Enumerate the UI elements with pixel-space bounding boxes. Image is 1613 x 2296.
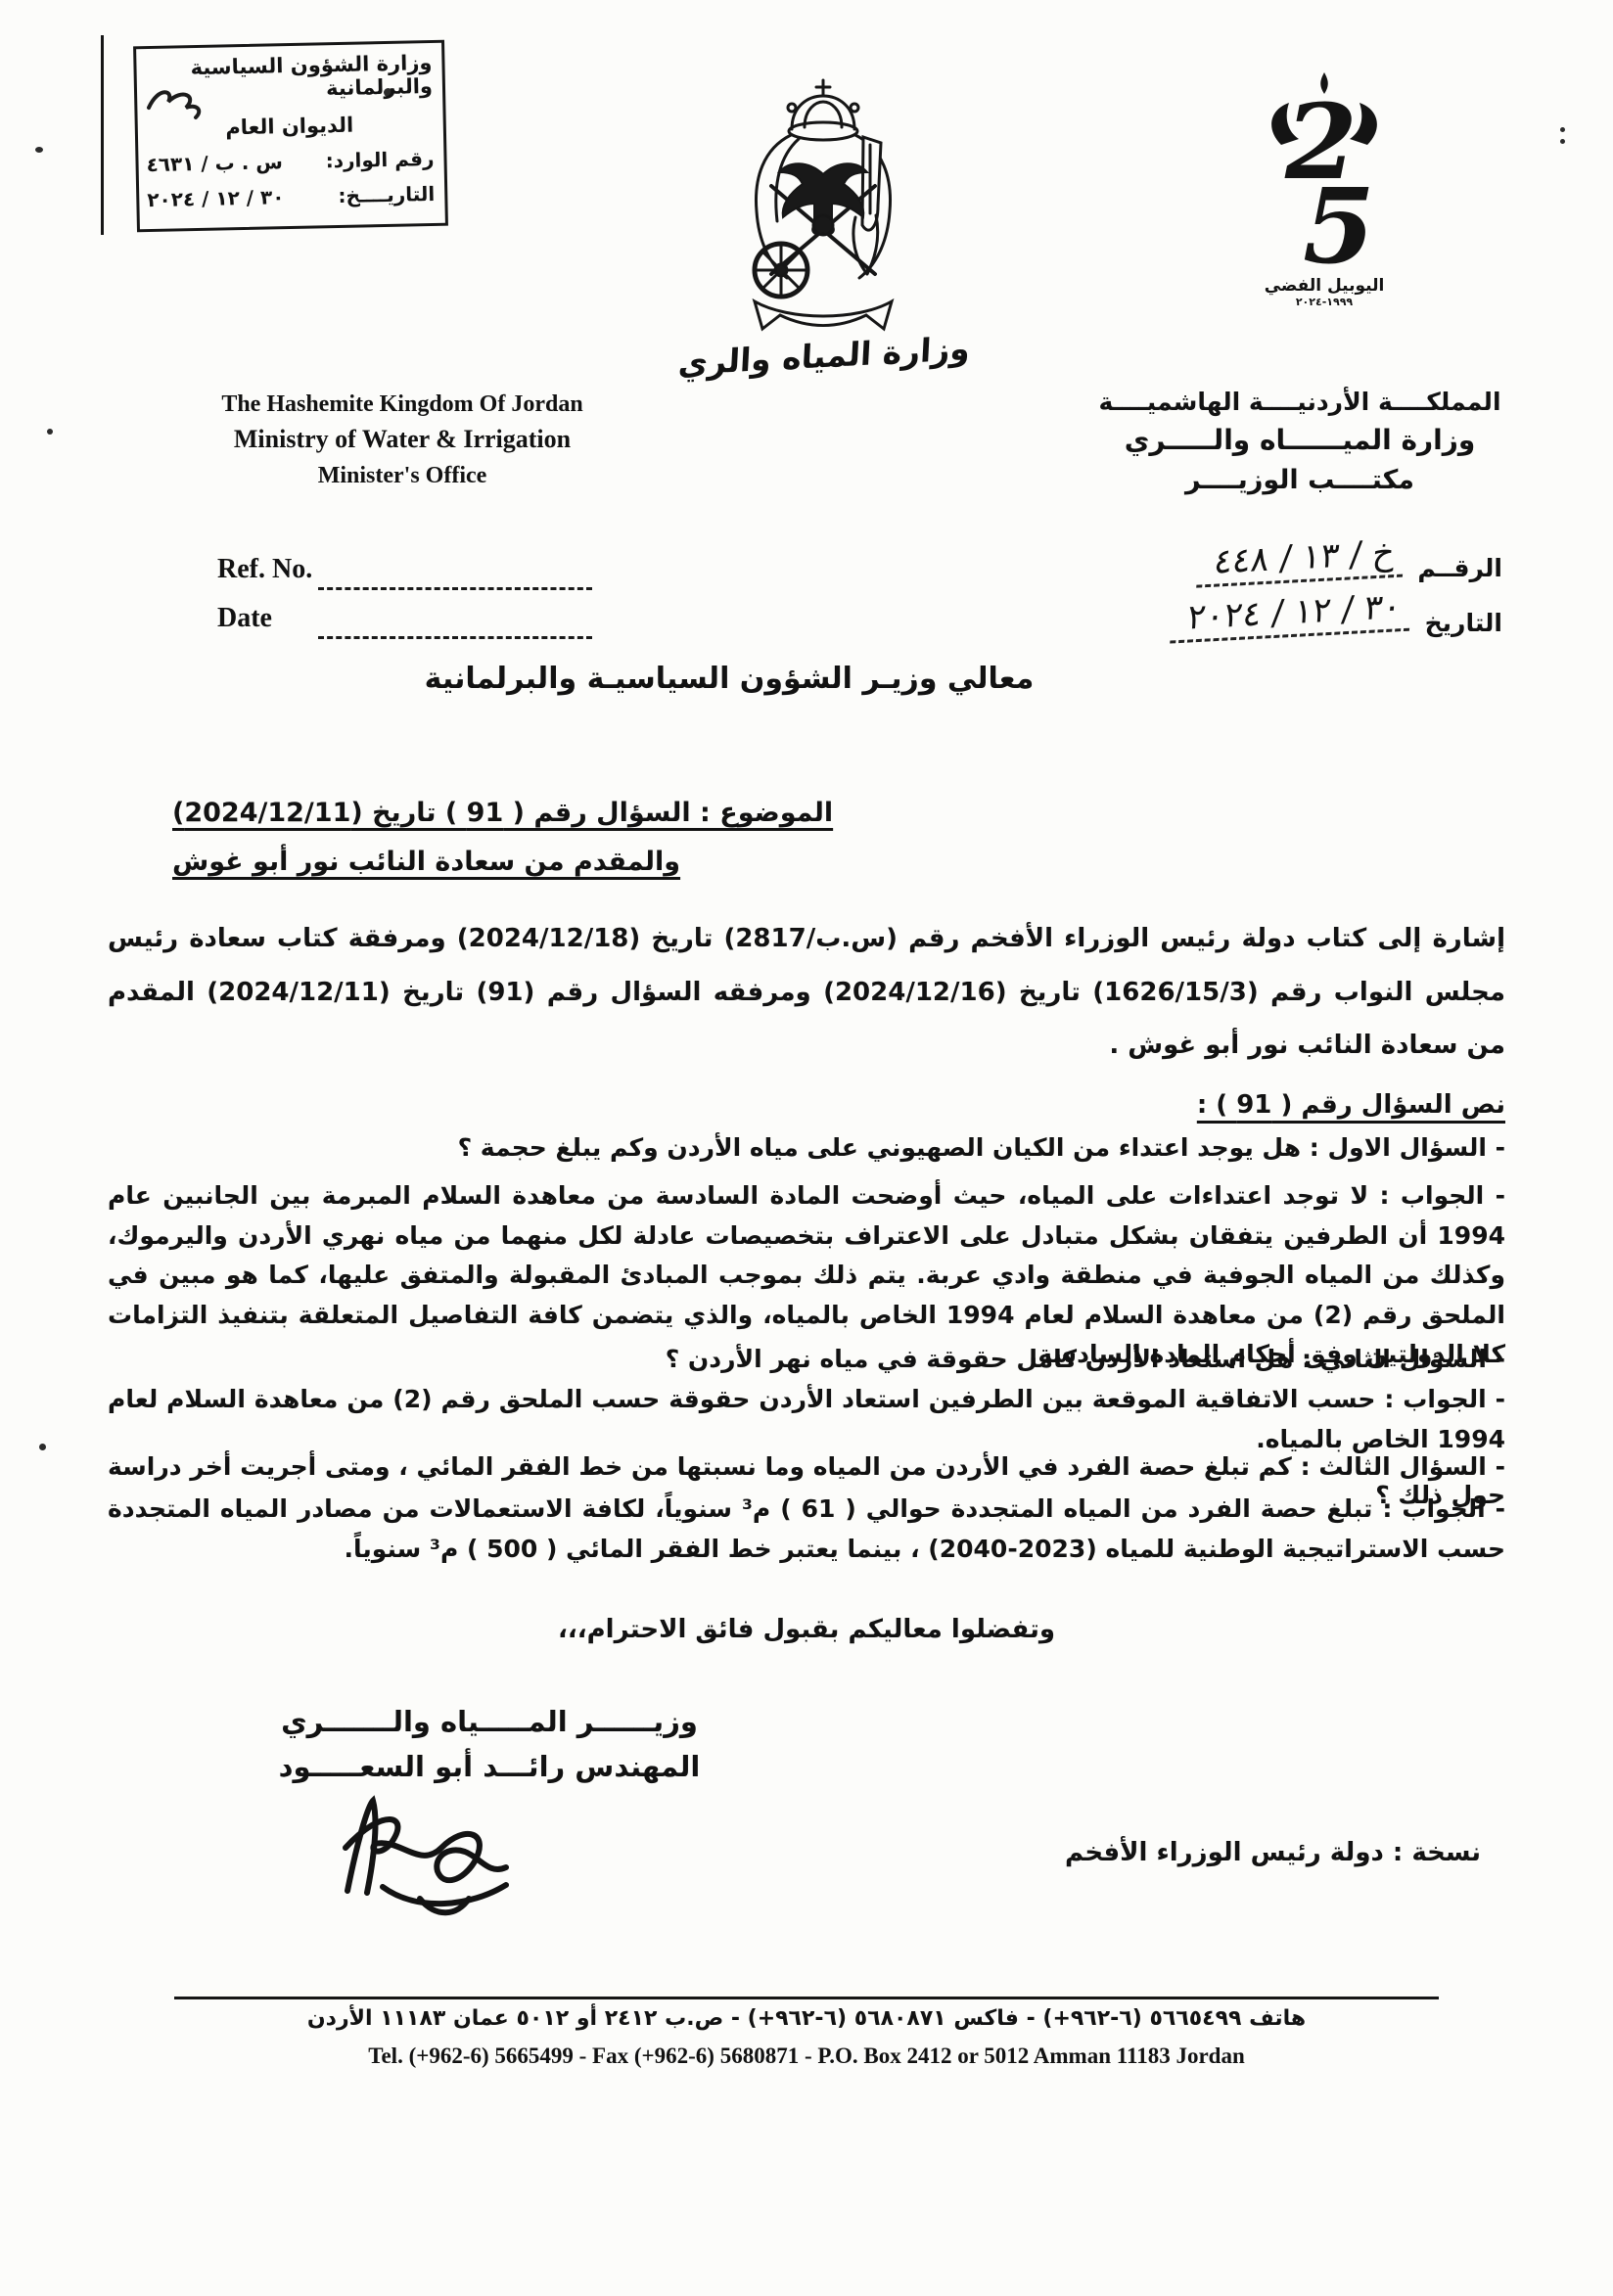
scan-speck [39,1444,46,1450]
footer-contact-english: Tel. (+962-6) 5665499 - Fax (+962-6) 568… [0,2043,1613,2069]
stamp-date-label: التاريــــخ: [338,182,435,207]
footer-contact-arabic: هاتف ٥٦٦٥٤٩٩ (٦-٩٦٢+) - فاكس ٥٦٨٠٨٧١ (٦-… [0,2006,1613,2031]
signature-block: وزيــــــر المـــــياه والـــــــري المه… [217,1705,761,1783]
date-label-en: Date [217,603,272,634]
scan-speck [47,429,53,435]
ref-no-label: Ref. No. [217,554,312,585]
ref-number-row-ar: الرقــم خ / ١٣ / ٤٤٨ [1057,538,1502,582]
ministry-name-ar: وزارة الميــــــاه والـــــري [1084,424,1515,456]
office-name-ar: مكتــــب الوزيــــر [1084,465,1515,495]
header-arabic: المملكــــة الأردنيــــة الهاشميــــة وز… [1084,388,1515,495]
received-stamp: وزارة الشؤون السياسية والبرلمانية الديوا… [133,40,448,233]
date-label-ar: التاريخ [1425,609,1502,637]
copy-to-line: نسخة : دولة رئيس الوزراء الأفخم [1065,1838,1481,1867]
kingdom-name-ar: المملكــــة الأردنيــــة الهاشميــــة [1084,388,1515,416]
date-value-handwritten: ٣٠ / ١٢ / ٢٠٢٤ [1170,586,1412,643]
answer-3: - الجواب : تبلغ حصة الفرد من المياه المت… [108,1490,1505,1569]
subject-line-2: والمقدم من سعادة النائب نور أبو غوش [172,838,833,887]
scan-speck [1560,127,1565,132]
scan-speck [35,147,43,153]
silver-jubilee-logo: 2 5 اليوبيل الفضي ١٩٩٩-٢٠٢٤ [1241,70,1407,308]
stamp-date-value: ٣٠ / ١٢ / ٢٠٢٤ [147,185,285,211]
date-blank-line [318,636,592,639]
jubilee-25-icon: 2 5 [1241,70,1407,278]
ref-no-blank-line [318,587,592,590]
question-text-heading-label: نص السؤال رقم ( 91 ) : [1197,1090,1505,1120]
svg-text:5: 5 [1303,164,1375,278]
stamp-incoming-label: رقم الوارد: [325,147,434,172]
closing-salutation: وتفضلوا معاليكم بقبول فائق الاحترام،،، [108,1615,1505,1644]
ministry-name-en: Ministry of Water & Irrigation [201,425,604,454]
date-row-ar: التاريخ ٣٠ / ١٢ / ٢٠٢٤ [1057,593,1502,637]
answer-2: - الجواب : حسب الاتفاقية الموقعة بين الط… [108,1380,1505,1459]
ref-label-ar: الرقــم [1417,554,1502,582]
jordan-coat-of-arms-icon [730,76,916,339]
question-1: - السؤال الاول : هل يوجد اعتداء من الكيا… [108,1133,1505,1162]
jubilee-caption: اليوبيل الفضي [1241,276,1407,296]
stamp-initials-scribble [145,80,213,125]
office-name-en: Minister's Office [201,463,604,489]
scan-speck [1560,139,1565,144]
signatory-name: المهندس رائـــد أبو السعـــــود [217,1750,761,1783]
subject-line-1: الموضوع : السؤال رقم ( 91 ) تاريخ (2024/… [172,789,833,838]
signatory-title: وزيــــــر المـــــياه والـــــــري [217,1705,761,1738]
recipient-line: معالي وزيـر الشؤون السياسيـة والبرلمانية [78,662,1380,696]
minister-signature [292,1789,556,1936]
header-english: The Hashemite Kingdom Of Jordan Ministry… [201,391,604,489]
footer-rule [174,1997,1439,1999]
scan-fold-line [101,35,104,235]
jubilee-years: ١٩٩٩-٢٠٢٤ [1241,296,1407,308]
letter-page: وزارة الشؤون السياسية والبرلمانية الديوا… [0,0,1613,2296]
subject-block: الموضوع : السؤال رقم ( 91 ) تاريخ (2024/… [172,789,833,887]
stamp-incoming-value: س . ب / ٤٦٣١ [146,150,283,176]
question-text-heading: نص السؤال رقم ( 91 ) : [108,1090,1505,1120]
body-intro: إشارة إلى كتاب دولة رئيس الوزراء الأفخم … [108,912,1505,1073]
emblem-calligraphy: وزارة المياه والري [653,328,995,384]
ref-value-handwritten: خ / ١٣ / ٤٤٨ [1196,532,1406,587]
question-2: - السؤال الثاني : هل استعاد الأردن كامل … [108,1345,1505,1373]
kingdom-name-en: The Hashemite Kingdom Of Jordan [201,391,604,418]
